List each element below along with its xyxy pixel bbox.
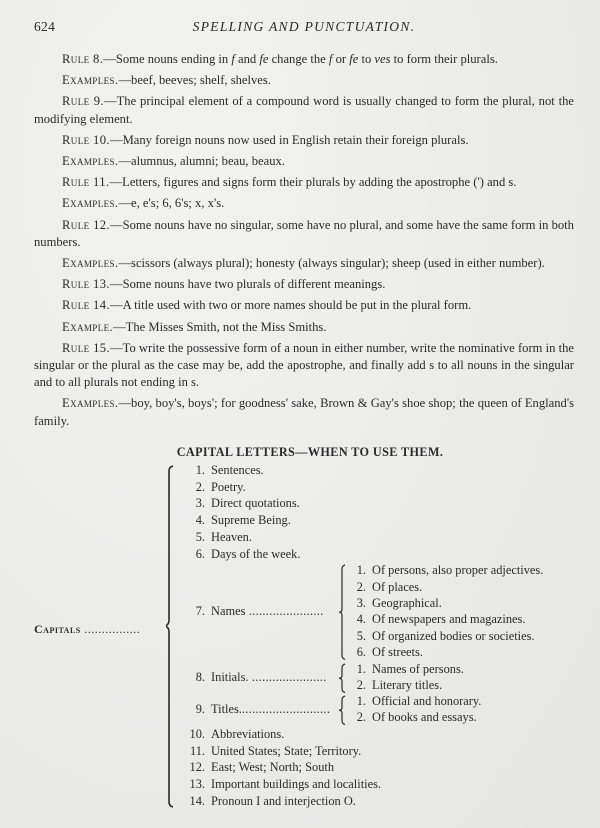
item-label: Important buildings and localities. — [211, 777, 381, 791]
sub-item-1: 1.Of persons, also proper adjectives. — [348, 562, 543, 578]
capitals-item-3: 3.Direct quotations. — [178, 495, 381, 512]
capitals-item-5: 5.Heaven. — [178, 529, 381, 546]
item-number: 2. — [178, 479, 205, 496]
item-number: 6. — [178, 546, 205, 563]
item-label: Supreme Being. — [211, 513, 291, 527]
item-label: Titles. — [211, 702, 242, 716]
sub-item-5: 5.Of organized bodies or societies. — [348, 628, 543, 644]
capitals-item-14: 14.Pronoun I and interjection O. — [178, 793, 381, 810]
item-number: 11. — [178, 743, 205, 760]
capitals-item-8-sublist: 1.Names of persons.2.Literary titles. — [348, 661, 464, 694]
rule-15: Rule 15.—To write the possessive form of… — [34, 340, 574, 392]
item-number: 14. — [178, 793, 205, 810]
sub-item-label: Of places. — [372, 580, 422, 594]
sub-item-label: Geographical. — [372, 596, 442, 610]
capitals-item-13: 13.Important buildings and localities. — [178, 776, 381, 793]
examples-rule-8: Examples.—beef, beeves; shelf, shelves. — [34, 72, 574, 89]
sub-item-label: Of organized bodies or societies. — [372, 629, 535, 643]
sub-brace-icon — [338, 695, 348, 726]
capitals-item-7-sublist: 1.Of persons, also proper adjectives.2.O… — [348, 562, 543, 660]
item-number: 12. — [178, 759, 205, 776]
item-label: Pronoun I and interjection O. — [211, 794, 356, 808]
sub-brace-icon — [338, 663, 348, 694]
capitals-item-11: 11.United States; State; Territory. — [178, 743, 381, 760]
sub-item-1: 1.Names of persons. — [348, 661, 464, 677]
sub-item-2: 2.Of books and essays. — [348, 709, 481, 725]
page-header: 624 SPELLING AND PUNCTUATION. — [34, 19, 574, 39]
sub-item-label: Of streets. — [372, 645, 423, 659]
item-number: 7. — [178, 562, 205, 660]
examples-rule-10: Examples.—alumnus, alumni; beau, beaux. — [34, 153, 574, 170]
sub-item-number: 3. — [348, 595, 366, 611]
item-number: 9. — [178, 693, 205, 726]
rule-8-text: —Some nouns ending in f and fe change th… — [103, 52, 498, 66]
item-number: 8. — [178, 661, 205, 694]
sub-item-number: 2. — [348, 677, 366, 693]
sub-item-label: Of books and essays. — [372, 710, 477, 724]
item-label: United States; State; Territory. — [211, 744, 361, 758]
rule-13: Rule 13.—Some nouns have two plurals of … — [34, 276, 574, 293]
book-page: 624 SPELLING AND PUNCTUATION. Rule 8.—So… — [0, 0, 600, 828]
sub-item-2: 2.Literary titles. — [348, 677, 464, 693]
capitals-item-1: 1.Sentences. — [178, 462, 381, 479]
rule-12: Rule 12.—Some nouns have no singular, so… — [34, 217, 574, 251]
leader-dots: ................ — [81, 622, 141, 636]
item-number: 13. — [178, 776, 205, 793]
capitals-item-6: 6.Days of the week. — [178, 546, 381, 563]
leader-dots: ...................... — [245, 604, 323, 618]
sub-item-number: 6. — [348, 644, 366, 660]
item-label: Days of the week. — [211, 547, 300, 561]
examples-rule-15: Examples.—boy, boy's, boys'; for goodnes… — [34, 395, 574, 429]
sub-item-number: 1. — [348, 661, 366, 677]
main-brace-icon — [166, 465, 174, 808]
sub-item-label: Of persons, also proper adjectives. — [372, 563, 543, 577]
item-label: Sentences. — [211, 463, 264, 477]
sub-brace-icon — [338, 564, 348, 660]
item-number: 5. — [178, 529, 205, 546]
sub-item-number: 2. — [348, 709, 366, 725]
running-title: SPELLING AND PUNCTUATION. — [34, 19, 574, 35]
sub-item-label: Names of persons. — [372, 662, 464, 676]
rule-14: Rule 14.—A title used with two or more n… — [34, 297, 574, 314]
item-label: Names — [211, 604, 245, 618]
item-label: Abbreviations. — [211, 727, 284, 741]
item-label: Heaven. — [211, 530, 252, 544]
leader-dots: ...................... — [249, 670, 327, 684]
item-number: 1. — [178, 462, 205, 479]
capitals-root-label: Capitals ................ — [34, 622, 140, 637]
item-label: Poetry. — [211, 480, 246, 494]
sub-item-number: 1. — [348, 562, 366, 578]
sub-item-number: 5. — [348, 628, 366, 644]
item-label: Direct quotations. — [211, 496, 300, 510]
sub-item-label: Literary titles. — [372, 678, 442, 692]
item-label: East; West; North; South — [211, 760, 334, 774]
item-number: 4. — [178, 512, 205, 529]
leader-dots: .......................... — [242, 702, 330, 716]
rules-section: Rule 8.—Some nouns ending in f and fe ch… — [34, 51, 574, 430]
sub-item-number: 4. — [348, 611, 366, 627]
item-number: 3. — [178, 495, 205, 512]
sub-item-number: 1. — [348, 693, 366, 709]
capitals-item-2: 2.Poetry. — [178, 479, 381, 496]
capitals-table-title: CAPITAL LETTERS—WHEN TO USE THEM. — [0, 445, 600, 460]
example-rule-14: Example.—The Misses Smith, not the Miss … — [34, 319, 574, 336]
sub-item-label: Of newspapers and magazines. — [372, 612, 525, 626]
capitals-item-10: 10.Abbreviations. — [178, 726, 381, 743]
item-number: 10. — [178, 726, 205, 743]
sub-item-2: 2.Of places. — [348, 579, 543, 595]
rule-11: Rule 11.—Letters, figures and signs form… — [34, 174, 574, 191]
sub-item-3: 3.Geographical. — [348, 595, 543, 611]
rule-9: Rule 9.—The principal element of a compo… — [34, 93, 574, 127]
sub-item-1: 1.Official and honorary. — [348, 693, 481, 709]
rule-10: Rule 10.—Many foreign nouns now used in … — [34, 132, 574, 149]
capitals-item-12: 12.East; West; North; South — [178, 759, 381, 776]
examples-rule-11: Examples.—e, e's; 6, 6's; x, x's. — [34, 195, 574, 212]
rule-8: Rule 8.—Some nouns ending in f and fe ch… — [34, 51, 574, 68]
sub-item-number: 2. — [348, 579, 366, 595]
capitals-item-4: 4.Supreme Being. — [178, 512, 381, 529]
sub-item-6: 6.Of streets. — [348, 644, 543, 660]
examples-rule-12: Examples.—scissors (always plural); hone… — [34, 255, 574, 272]
capitals-item-9-sublist: 1.Official and honorary.2.Of books and e… — [348, 693, 481, 726]
sub-item-label: Official and honorary. — [372, 694, 481, 708]
sub-item-4: 4.Of newspapers and magazines. — [348, 611, 543, 627]
item-label: Initials. — [211, 670, 249, 684]
